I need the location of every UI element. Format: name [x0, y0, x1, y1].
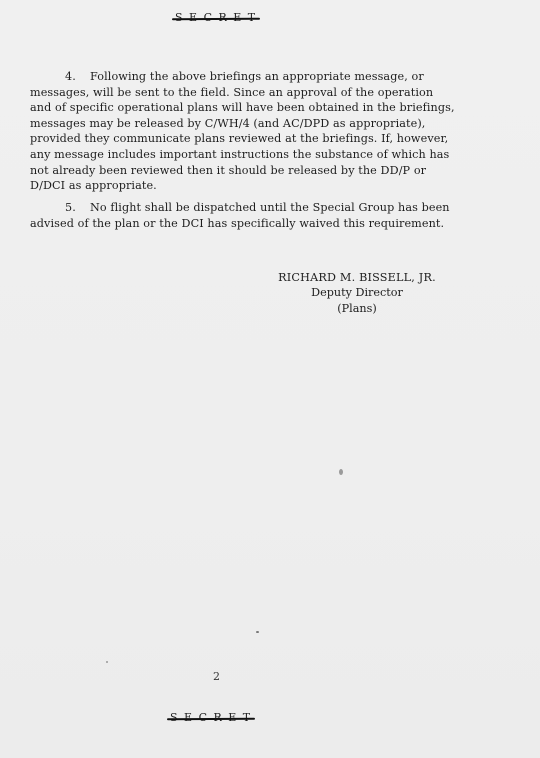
paragraph-line: messages, will be sent to the field. Sin…: [30, 86, 433, 99]
document-page: SECRET 4.Following the above briefings a…: [0, 0, 540, 758]
paragraph-5: 5.No flight shall be dispatched until th…: [30, 200, 498, 231]
signatory-office: (Plans): [262, 301, 452, 316]
paragraph-line: Following the above briefings an appropr…: [90, 70, 424, 83]
paragraph-number: 5.: [30, 200, 90, 216]
signatory-title: Deputy Director: [262, 285, 452, 300]
paragraph-line: messages may be released by C/WH/4 (and …: [30, 117, 425, 130]
strikethrough-line: [172, 17, 260, 20]
paragraph-line: D/DCI as appropriate.: [30, 179, 157, 192]
paragraph-line: provided they communicate plans reviewed…: [30, 132, 448, 145]
strikethrough-line: [167, 717, 255, 720]
scan-speck: [106, 661, 108, 663]
signatory-name: RICHARD M. BISSELL, JR.: [262, 270, 452, 285]
paragraph-line: any message includes important instructi…: [30, 148, 449, 161]
paragraph-line: No flight shall be dispatched until the …: [90, 201, 450, 214]
classification-marking-bottom: SECRET: [170, 711, 257, 724]
paragraph-line: and of specific operational plans will h…: [30, 101, 455, 114]
paragraph-4: 4.Following the above briefings an appro…: [30, 69, 498, 194]
paragraph-number: 4.: [30, 69, 90, 85]
scan-speck: [256, 631, 259, 633]
paragraph-line: advised of the plan or the DCI has speci…: [30, 217, 444, 230]
scan-speck: [339, 469, 343, 475]
classification-marking-top: SECRET: [175, 11, 262, 24]
signature-block: RICHARD M. BISSELL, JR. Deputy Director …: [262, 270, 452, 316]
paragraph-line: not already been reviewed then it should…: [30, 164, 426, 177]
page-number: 2: [213, 670, 220, 683]
